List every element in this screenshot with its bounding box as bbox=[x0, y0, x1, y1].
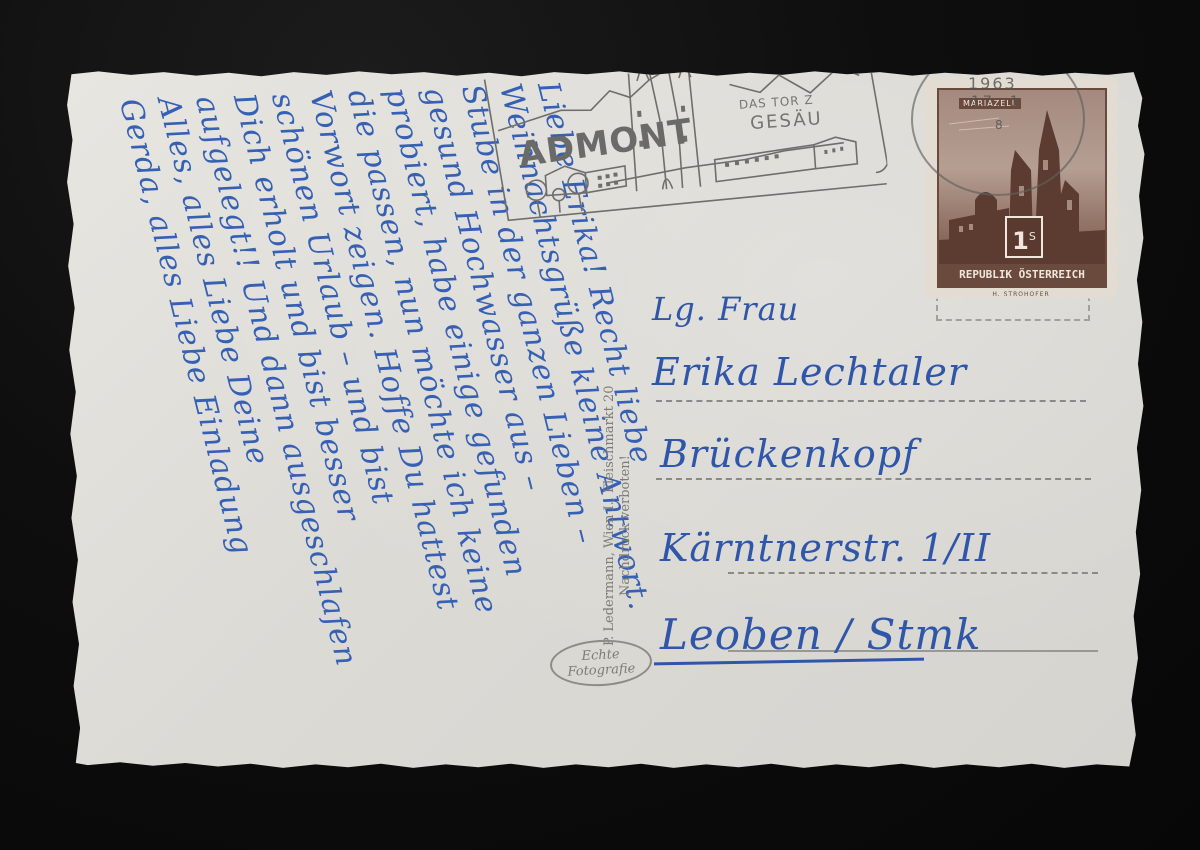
admont-postmark: ADMONT DAS TOR Z GESÄU bbox=[478, 44, 891, 240]
address-place: Brückenkopf bbox=[660, 432, 917, 476]
stamp-country: REPUBLIK ÖSTERREICH bbox=[939, 264, 1105, 286]
stamp-value-number: 1 bbox=[1012, 227, 1029, 255]
photo-scene: Liebe Erika! Recht liebeWeihnachtsgrüße … bbox=[0, 0, 1200, 850]
address-salutation: Lg. Frau bbox=[652, 290, 799, 328]
imprint-line2: Nachdruck verboten! bbox=[618, 246, 634, 646]
stamp-denomination: 1S bbox=[1005, 216, 1043, 258]
address-name: Erika Lechtaler bbox=[652, 350, 967, 394]
address-line-1 bbox=[656, 400, 1086, 402]
address-street: Kärntnerstr. 1/II bbox=[660, 526, 991, 570]
datestamp-year: 1963 bbox=[968, 74, 1017, 93]
publisher-imprint: P. Ledermann, Wien I., Fleischmarkt 20 N… bbox=[602, 246, 642, 646]
imprint-line1: P. Ledermann, Wien I., Fleischmarkt 20 bbox=[602, 246, 618, 646]
postcard: Liebe Erika! Recht liebeWeihnachtsgrüße … bbox=[66, 70, 1151, 770]
circular-datestamp: 1963 17. 1 8 bbox=[911, 42, 1085, 196]
address-city: Leoben / Stmk bbox=[660, 610, 982, 659]
datestamp-day: 17. 1 bbox=[971, 94, 1022, 110]
address-line-2 bbox=[656, 478, 1091, 480]
stamp-currency: S bbox=[1029, 230, 1036, 243]
address-line-3 bbox=[728, 572, 1098, 574]
datestamp-time: 8 bbox=[995, 118, 1003, 132]
